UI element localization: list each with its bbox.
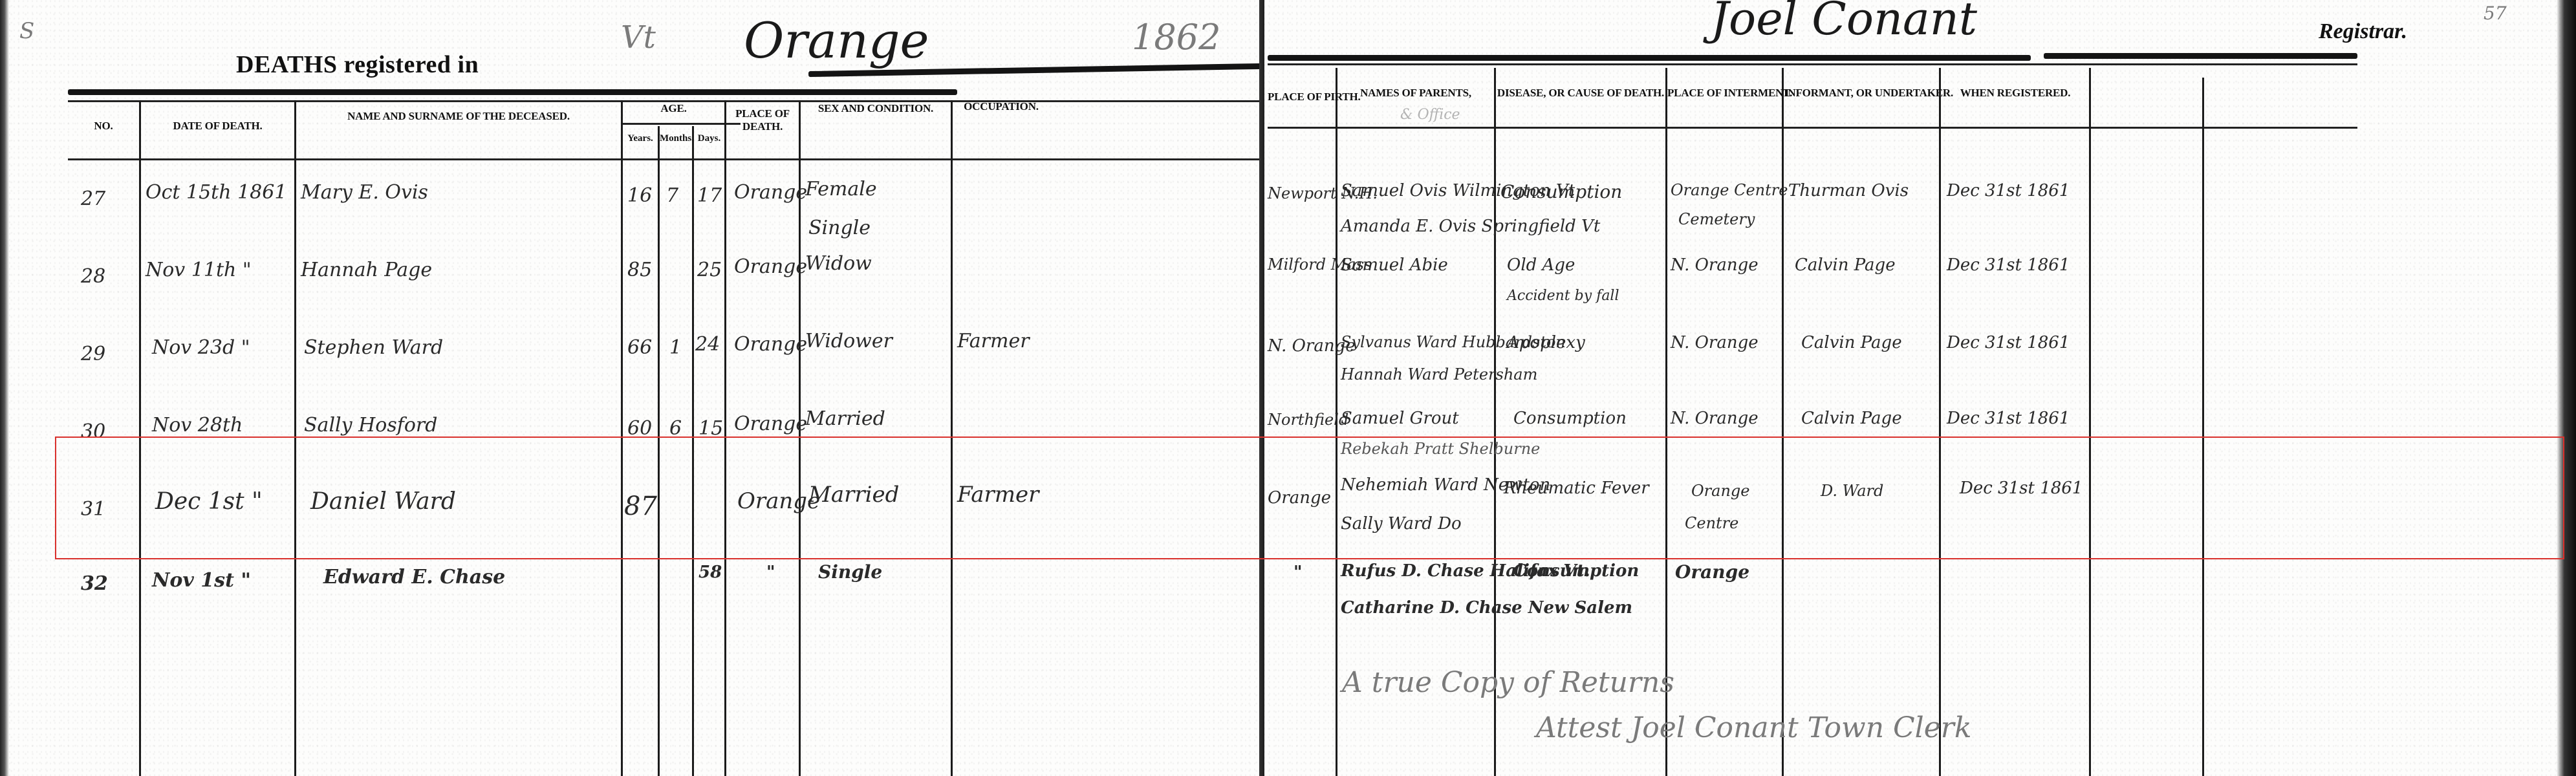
- cell-years: 60: [627, 417, 652, 440]
- cell-birth: Orange: [1268, 488, 1331, 508]
- cell-registered: Dec 31st 1861: [1947, 181, 2070, 200]
- cell-registered: Dec 31st 1861: [1947, 409, 2070, 428]
- cell-parent: Samuel Abie: [1341, 255, 1448, 275]
- cell-disease: Consumption: [1500, 181, 1622, 202]
- col-header-parents: NAMES OF PARENTS,: [1337, 87, 1494, 100]
- cell-parent: Samuel Grout: [1341, 409, 1459, 428]
- cell-interment: Centre: [1685, 514, 1738, 532]
- cell-interment: N. Orange: [1671, 333, 1759, 352]
- col-header-name: NAME AND SURNAME OF THE DECEASED.: [296, 110, 621, 123]
- cell-months: 7: [666, 184, 678, 207]
- col-header-registered: WHEN REGISTERED.: [1941, 87, 2090, 100]
- cell-place-death: Orange: [734, 413, 807, 435]
- cell-date: Nov 28th: [152, 414, 243, 436]
- cell-months: 1: [669, 336, 682, 359]
- cell-days: 15: [698, 417, 723, 440]
- cell-disease: Consumption: [1513, 409, 1627, 428]
- registrar-label: Registrar.: [2319, 19, 2407, 44]
- cell-date: Nov 11th ": [146, 259, 252, 281]
- cell-informant: Calvin Page: [1801, 333, 1902, 352]
- col-header-place-death: PLACE OF DEATH.: [726, 107, 799, 133]
- cell-place-death: Orange: [734, 255, 807, 278]
- cell-no: 28: [81, 265, 105, 288]
- cell-place-death: ": [766, 563, 775, 582]
- right-page: Joel Conant Registrar. 57 PLACE OF PIRTH…: [1264, 0, 2576, 776]
- cell-disease: Rheumatic Fever: [1504, 479, 1649, 498]
- cell-informant: Thurman Ovis: [1788, 181, 1909, 200]
- attestation-text: A true Copy of Returns: [1342, 666, 1674, 699]
- col-header-days: Days.: [694, 133, 724, 144]
- cell-interment: N. Orange: [1671, 409, 1759, 428]
- cell-no: 27: [81, 188, 105, 210]
- col-header-sex: SEX AND CONDITION.: [801, 102, 951, 115]
- col-header-birth: PLACE OF PIRTH.: [1268, 91, 1336, 103]
- page-edge-right: [2557, 0, 2576, 776]
- cell-days: 24: [695, 333, 720, 356]
- cell-name: Mary E. Ovis: [301, 181, 428, 204]
- cell-interment: Cemetery: [1678, 210, 1755, 228]
- cell-occupation: Farmer: [957, 482, 1039, 508]
- cell-interment: N. Orange: [1671, 255, 1759, 275]
- cell-interment: Orange: [1675, 561, 1749, 583]
- cell-sex: Widow: [805, 252, 872, 275]
- cell-disease: Apoplexy: [1507, 333, 1585, 352]
- cell-place-death: Orange: [734, 333, 807, 356]
- cell-registered: Dec 31st 1861: [1947, 333, 2070, 352]
- cell-parent: Hannah Ward Petersham: [1341, 365, 1537, 383]
- cell-occupation: Farmer: [957, 330, 1030, 352]
- cell-no: 29: [81, 343, 105, 365]
- page-number: 57: [2484, 3, 2507, 24]
- attestation-signature: Attest Joel Conant Town Clerk: [1536, 711, 1972, 744]
- cell-sex: Single: [818, 561, 882, 583]
- cell-disease: Consumption: [1513, 561, 1639, 581]
- col-header-months: Months.: [660, 133, 692, 144]
- cell-date: Nov 1st ": [152, 569, 251, 592]
- cell-days: 25: [697, 259, 722, 281]
- cell-parent: Catharine D. Chase New Salem: [1341, 598, 1632, 618]
- col-header-occupation: OCCUPATION.: [953, 100, 1050, 113]
- col-header-age: AGE.: [623, 102, 724, 115]
- cell-sex: Married: [808, 482, 899, 508]
- cell-informant: Calvin Page: [1801, 409, 1902, 428]
- col-header-years: Years.: [623, 133, 658, 144]
- cell-name: Stephen Ward: [304, 336, 443, 359]
- cell-name: Hannah Page: [301, 259, 432, 281]
- cell-days: 17: [697, 184, 722, 207]
- cell-informant: D. Ward: [1821, 482, 1883, 500]
- cell-parent: Amanda E. Ovis Springfield Vt: [1341, 217, 1600, 236]
- col-header-date: DATE OF DEATH.: [141, 120, 294, 133]
- cell-years: 87: [624, 491, 657, 521]
- cell-informant: Calvin Page: [1795, 255, 1896, 275]
- cell-no: 32: [81, 572, 108, 595]
- col-header-no: NO.: [68, 120, 139, 133]
- page-mark: S: [19, 18, 34, 44]
- cell-name: Sally Hosford: [304, 414, 437, 436]
- left-page: S DEATHS registered in Vt Orange 1862 NO…: [0, 0, 1264, 776]
- cell-place-death: Orange: [737, 488, 820, 514]
- cell-sex: Female: [805, 178, 877, 200]
- cell-sex: Married: [805, 407, 885, 430]
- cell-name: Edward E. Chase: [323, 566, 505, 588]
- cell-no: 30: [81, 420, 105, 443]
- cell-date: Dec 1st ": [155, 488, 263, 515]
- cell-days: 58: [698, 563, 722, 582]
- cell-birth: Northfield: [1268, 411, 1348, 429]
- parents-note: & Office: [1400, 107, 1460, 123]
- cell-months: 6: [669, 417, 682, 440]
- cell-sex: Widower: [805, 330, 893, 352]
- town-prefix: Vt: [621, 19, 656, 56]
- cell-parent: Sally Ward Do: [1341, 514, 1462, 533]
- cell-no: 31: [81, 498, 105, 521]
- cell-years: 66: [627, 336, 652, 359]
- town-name: Orange: [744, 12, 929, 69]
- col-header-informant: INFORMANT, OR UNDERTAKER.: [1784, 87, 1939, 100]
- cell-years: 16: [627, 184, 652, 207]
- cell-disease: Old Age: [1507, 255, 1575, 275]
- register-title: DEATHS registered in: [236, 50, 479, 79]
- cell-registered: Dec 31st 1861: [1947, 255, 2070, 275]
- cell-registered: Dec 31st 1861: [1960, 479, 2083, 498]
- col-header-disease: DISEASE, OR CAUSE OF DEATH.: [1496, 87, 1665, 100]
- col-header-interment: PLACE OF INTERMENT.: [1667, 87, 1782, 100]
- cell-condition: Single: [808, 217, 871, 239]
- cell-parent: Rebekah Pratt Shelburne: [1341, 440, 1540, 458]
- cell-name: Daniel Ward: [310, 488, 456, 515]
- page-edge-left: [0, 0, 9, 776]
- registrar-name: Joel Conant: [1711, 0, 1977, 45]
- cell-disease-extra: Accident by fall: [1507, 288, 1619, 304]
- cell-place-death: Orange: [734, 181, 807, 204]
- cell-birth: ": [1293, 563, 1303, 582]
- cell-interment: Orange: [1691, 482, 1749, 500]
- cell-date: Oct 15th 1861: [146, 181, 287, 204]
- register-year: 1862: [1132, 17, 1220, 58]
- cell-date: Nov 23d ": [152, 336, 250, 359]
- cell-years: 85: [627, 259, 652, 281]
- cell-interment: Orange Centre: [1671, 181, 1788, 199]
